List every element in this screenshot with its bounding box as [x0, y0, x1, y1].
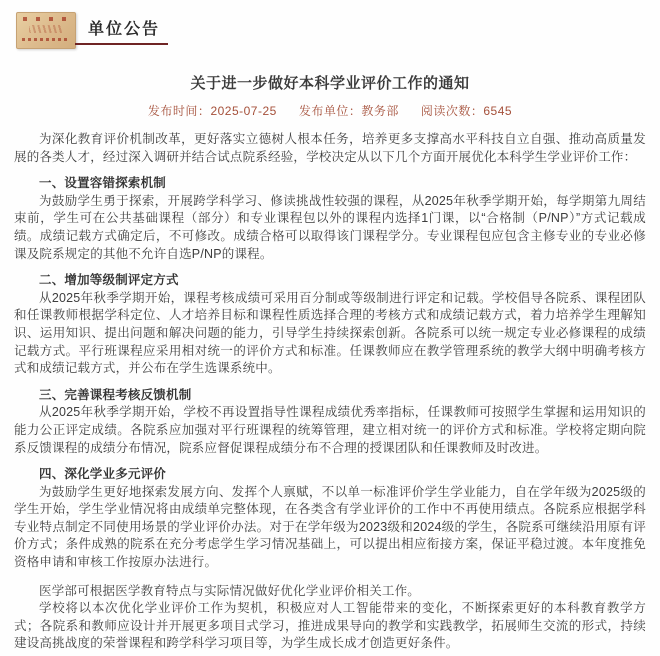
page-header: 单位公告 — [14, 10, 646, 50]
read-count: 阅读次数：6545 — [421, 104, 512, 118]
closing-paragraph-outlook: 学校将以本次优化学业评价工作为契机，积极应对人工智能带来的变化，不断探索更好的本… — [14, 600, 646, 653]
read-count-label: 阅读次数： — [421, 104, 484, 118]
stamp-marks-bottom — [22, 38, 70, 41]
article-meta: 发布时间：2025-07-25发布单位：教务部阅读次数：6545 — [14, 102, 646, 119]
announcement-page: 单位公告 关于进一步做好本科学业评价工作的通知 发布时间：2025-07-25发… — [0, 0, 660, 656]
section-1-heading: 一、设置容错探索机制 — [14, 175, 646, 193]
section-2-paragraph: 从2025年秋季学期开始，课程考核成绩可采用百分制或等级制进行评定和记载。学校倡… — [14, 290, 646, 378]
publish-time-label: 发布时间： — [148, 104, 211, 118]
section-2-heading: 二、增加等级制评定方式 — [14, 272, 646, 290]
read-count-value: 6545 — [483, 104, 512, 118]
section-2: 二、增加等级制评定方式 从2025年秋季学期开始，课程考核成绩可采用百分制或等级… — [14, 272, 646, 378]
section-4: 四、深化学业多元评价 为鼓励学生更好地探索发展方向、发挥个人禀赋，不以单一标准评… — [14, 466, 646, 572]
section-1-paragraph: 为鼓励学生勇于探索，开展跨学科学习、修读挑战性较强的课程，从2025年秋季学期开… — [14, 193, 646, 263]
section-4-paragraph: 为鼓励学生更好地探索发展方向、发挥个人禀赋，不以单一标准评价学生学业能力，自在学… — [14, 484, 646, 572]
article-title: 关于进一步做好本科学业评价工作的通知 — [14, 72, 646, 93]
publisher: 发布单位：教务部 — [299, 104, 399, 118]
closing-paragraph-medical: 医学部可根据医学教育特点与实际情况做好优化学业评价相关工作。 — [14, 583, 646, 601]
section-1: 一、设置容错探索机制 为鼓励学生勇于探索，开展跨学科学习、修读挑战性较强的课程，… — [14, 175, 646, 263]
section-3-heading: 三、完善课程考核反馈机制 — [14, 387, 646, 405]
announcement-category-label: 单位公告 — [88, 16, 160, 39]
publisher-label: 发布单位： — [299, 104, 362, 118]
section-3-paragraph: 从2025年秋季学期开始，学校不再设置指导性课程成绩优秀率指标，任课教师可按照学… — [14, 404, 646, 457]
intro-paragraph: 为深化教育评价机制改革，更好落实立德树人根本任务，培养更多支撑高水平科技自立自强… — [14, 131, 646, 166]
stamp-marks-top — [23, 17, 69, 21]
category-underline — [75, 43, 168, 45]
article-body: 为深化教育评价机制改革，更好落实立德树人根本任务，培养更多支撑高水平科技自立自强… — [14, 131, 646, 653]
section-3: 三、完善课程考核反馈机制 从2025年秋季学期开始，学校不再设置指导性课程成绩优… — [14, 387, 646, 457]
seal-stamp-image — [16, 12, 76, 49]
publish-time-value: 2025-07-25 — [210, 104, 276, 118]
section-4-heading: 四、深化学业多元评价 — [14, 466, 646, 484]
publisher-value: 教务部 — [361, 104, 399, 118]
stamp-marks-middle — [29, 25, 63, 33]
publish-time: 发布时间：2025-07-25 — [148, 104, 277, 118]
